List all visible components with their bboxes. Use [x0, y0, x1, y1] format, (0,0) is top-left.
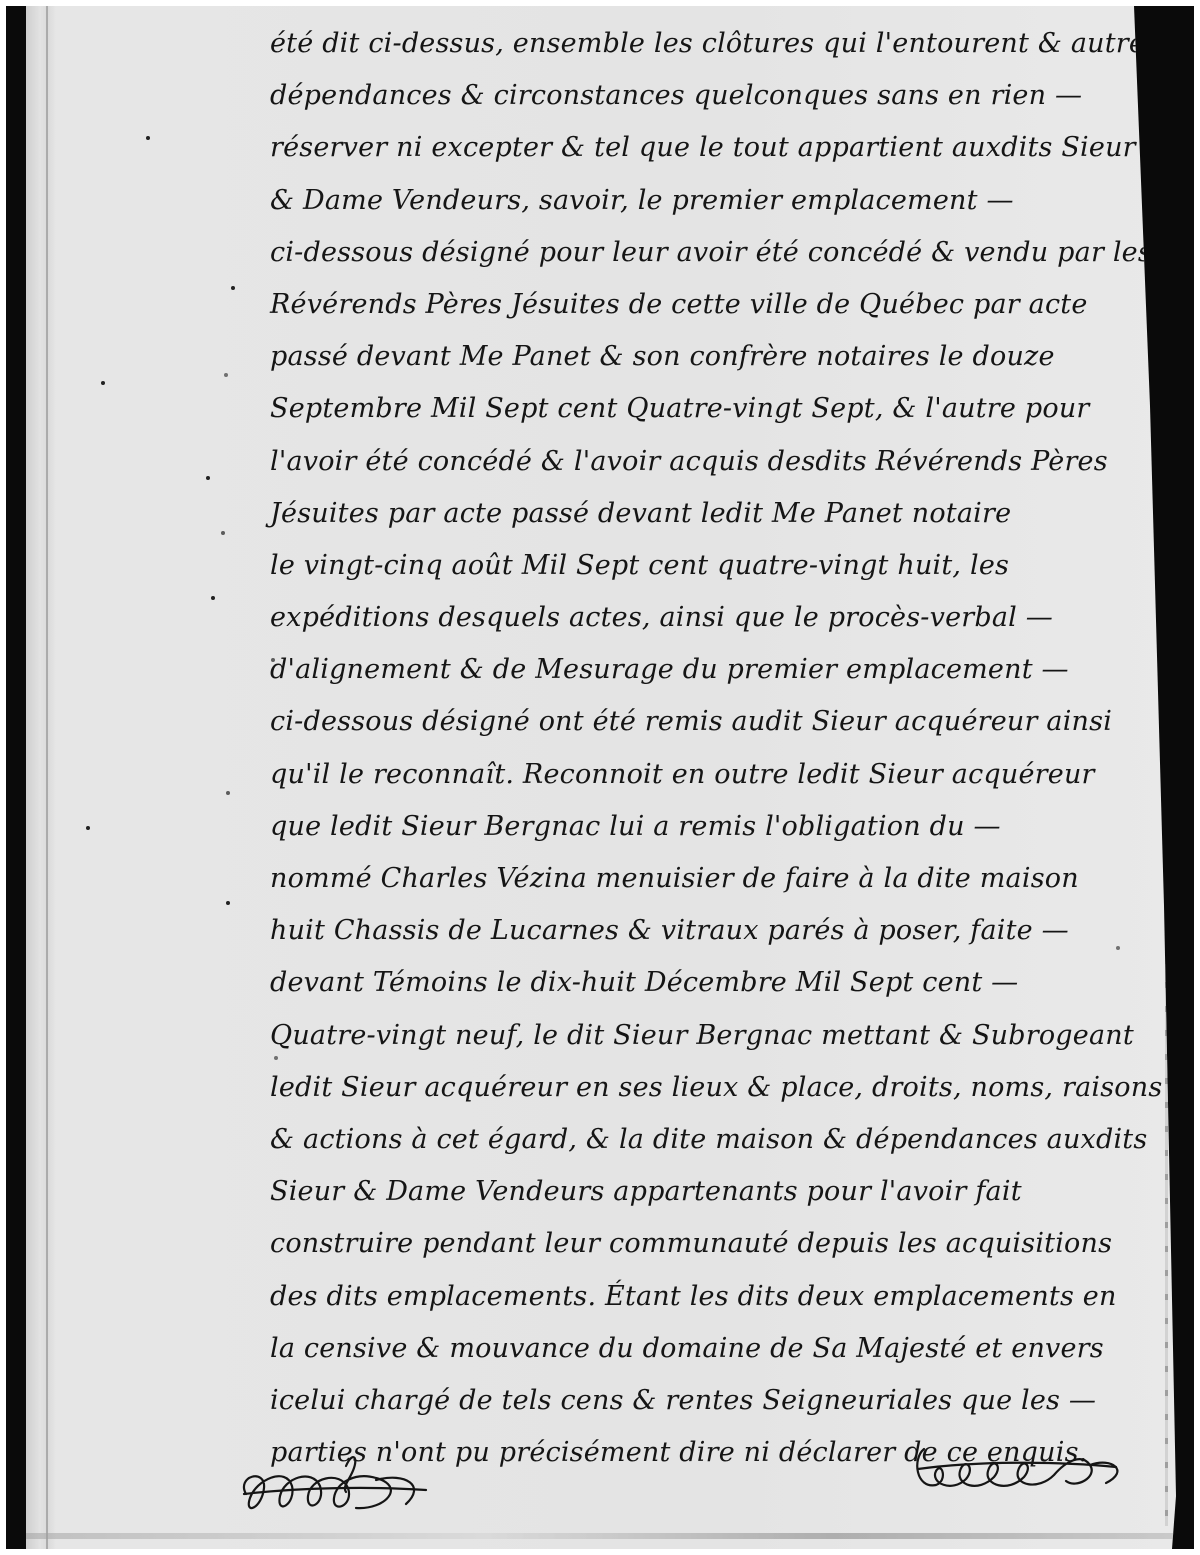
scan-background: été dit ci-dessus, ensemble les clôtures… — [6, 6, 1194, 1549]
text-line: d'alignement & de Mesurage du premier em… — [270, 644, 1150, 696]
manuscript-text: été dit ci-dessus, ensemble les clôtures… — [270, 18, 1150, 1479]
text-line: ci-dessous désigné pour leur avoir été c… — [270, 227, 1150, 279]
text-line: Septembre Mil Sept cent Quatre-vingt Sep… — [270, 383, 1150, 435]
text-line: ci-dessous désigné ont été remis audit S… — [270, 696, 1150, 748]
manuscript-page: été dit ci-dessus, ensemble les clôtures… — [26, 6, 1176, 1549]
text-line: que ledit Sieur Bergnac lui a remis l'ob… — [270, 801, 1150, 853]
text-line: qu'il le reconnaît. Reconnoit en outre l… — [270, 749, 1150, 801]
text-line: l'avoir été concédé & l'avoir acquis des… — [270, 436, 1150, 488]
text-line: Sieur & Dame Vendeurs appartenants pour … — [270, 1166, 1150, 1218]
text-line: dépendances & circonstances quelconques … — [270, 70, 1150, 122]
text-line: des dits emplacements. Étant les dits de… — [270, 1271, 1150, 1323]
text-line: devant Témoins le dix-huit Décembre Mil … — [270, 957, 1150, 1009]
text-line: la censive & mouvance du domaine de Sa M… — [270, 1323, 1150, 1375]
text-line: le vingt-cinq août Mil Sept cent quatre-… — [270, 540, 1150, 592]
page-bottom-edge — [26, 1533, 1176, 1539]
text-line: passé devant Me Panet & son confrère not… — [270, 331, 1150, 383]
text-line: ledit Sieur acquéreur en ses lieux & pla… — [270, 1062, 1150, 1114]
text-line: expéditions desquels actes, ainsi que le… — [270, 592, 1150, 644]
text-line: huit Chassis de Lucarnes & vitraux parés… — [270, 905, 1150, 957]
text-line: nommé Charles Vézina menuisier de faire … — [270, 853, 1150, 905]
text-line: icelui chargé de tels cens & rentes Seig… — [270, 1375, 1150, 1427]
paraph-left-icon — [236, 1446, 496, 1536]
text-line: & Dame Vendeurs, savoir, le premier empl… — [270, 175, 1150, 227]
text-line: Jésuites par acte passé devant ledit Me … — [270, 488, 1150, 540]
binding-fold-line — [46, 6, 48, 1549]
text-line: & actions à cet égard, & la dite maison … — [270, 1114, 1150, 1166]
text-line: Révérends Pères Jésuites de cette ville … — [270, 279, 1150, 331]
text-line: réserver ni excepter & tel que le tout a… — [270, 122, 1150, 174]
page-right-edge — [1165, 646, 1168, 1526]
text-line: été dit ci-dessus, ensemble les clôtures… — [270, 18, 1150, 70]
paraph-right-icon — [906, 1431, 1156, 1511]
text-line: construire pendant leur communauté depui… — [270, 1218, 1150, 1270]
text-line: Quatre-vingt neuf, le dit Sieur Bergnac … — [270, 1010, 1150, 1062]
